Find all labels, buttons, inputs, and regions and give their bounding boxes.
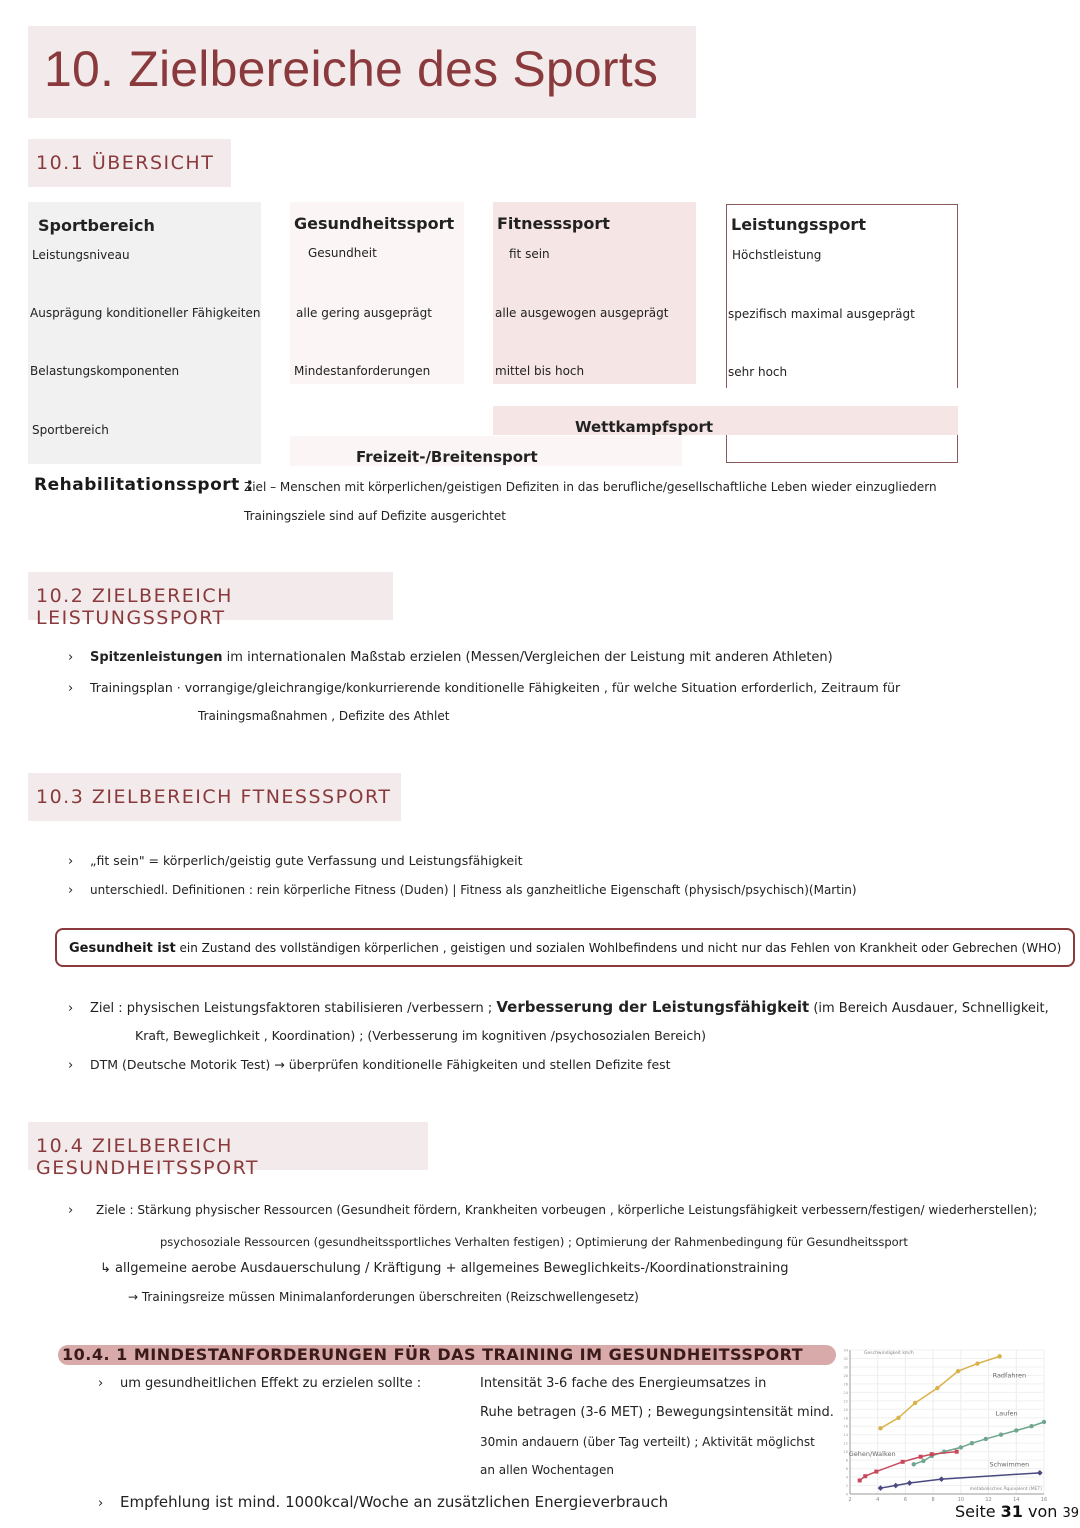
definition-text: ein Zustand des vollständigen körperlich… [176,941,1062,955]
list-item: ›DTM (Deutsche Motorik Test) → überprüfe… [68,1057,671,1073]
met-speed-chart: 2468101214160246810121416182022242628303… [838,1342,1050,1502]
list-item-continuation: Kraft, Beweglichkeit , Koordination) ; (… [135,1028,706,1043]
reha-text-line1: Ziel – Menschen mit körperlichen/geistig… [244,480,937,494]
cell: Gesundheit [308,246,377,260]
column-head: Sportbereich [38,216,155,235]
list-item: ›Ziel : physischen Leistungsfaktoren sta… [68,998,1049,1016]
svg-text:24: 24 [844,1391,849,1395]
chevron-right-icon: › [68,1203,96,1218]
row-label: Ausprägung konditioneller Fähigkeiten [30,306,260,320]
section-heading-text: 10.4 ZIELBEREICH GESUNDHEITSSPORT [36,1135,428,1179]
svg-text:2: 2 [846,1484,848,1488]
svg-text:8: 8 [932,1497,935,1502]
cell: sehr hoch [728,365,787,379]
chevron-right-icon: › [68,1058,90,1073]
svg-text:28: 28 [844,1374,848,1378]
list-item: ›unterschiedl. Definitionen : rein körpe… [68,883,857,898]
item-text: DTM (Deutsche Motorik Test) → überprüfen… [90,1057,671,1072]
svg-text:Geschwindigkeit km/h: Geschwindigkeit km/h [864,1350,914,1356]
item-text: (im Bereich Ausdauer, Schnelligkeit, [809,1001,1049,1016]
column-head: Gesundheitssport [294,214,454,233]
bold-term: Verbesserung der Leistungsfähigkeit [496,998,809,1016]
reha-label: Rehabilitationssport : [34,475,254,495]
list-item: ›Trainingsplan · vorrangige/gleichrangig… [68,680,900,696]
svg-text:26: 26 [844,1382,848,1386]
section-heading-text: 10.2 ZIELBEREICH LEISTUNGSSPORT [36,585,393,629]
chevron-right-icon: › [98,1376,120,1391]
chevron-right-icon: › [68,681,90,696]
svg-text:6: 6 [846,1467,848,1471]
item-text: im internationalen Maßstab erzielen (Mes… [223,650,833,665]
reha-text-line2: Trainingsziele sind auf Defizite ausgeri… [244,509,506,523]
section-heading-overview: 10.1 ÜBERSICHT [28,139,231,187]
item-text: unterschiedl. Definitionen : rein körper… [90,883,857,897]
sub-item: ↳ allgemeine aerobe Ausdauerschulung / K… [100,1261,788,1276]
cell: fit sein [509,247,550,261]
band-wettkampfsport: Wettkampfsport [493,406,958,435]
svg-text:22: 22 [844,1399,848,1403]
list-item: ›um gesundheitlichen Effekt zu erzielen … [98,1376,421,1391]
svg-text:8: 8 [846,1459,848,1463]
cell: mittel bis hoch [495,364,584,378]
page-title: 10. Zielbereiche des Sports [44,40,658,98]
chart-canvas: 2468101214160246810121416182022242628303… [838,1342,1050,1502]
svg-text:metabolisches Äquivalent (MET): metabolisches Äquivalent (MET) [970,1485,1043,1492]
who-definition-box: Gesundheit ist ein Zustand des vollständ… [55,928,1075,967]
section-heading-text: 10.1 ÜBERSICHT [36,152,214,174]
item-text: Empfehlung ist mind. 1000kcal/Woche an z… [120,1493,668,1511]
chevron-right-icon: › [68,650,90,665]
list-item-continuation: Trainingsmaßnahmen , Defizite des Athlet [198,709,449,723]
svg-text:18: 18 [844,1416,848,1420]
svg-text:4: 4 [876,1497,879,1502]
svg-text:Gehen/Walken: Gehen/Walken [849,1450,896,1458]
section-heading-fitnesssport: 10.3 ZIELBEREICH FTNESSSPORT [28,773,401,821]
list-item: ›Spitzenleistungen im internationalen Ma… [68,650,833,665]
page-total: 39 [1063,1506,1080,1521]
subsection-heading-text: 10.4. 1 MINDESTANFORDERUNGEN FÜR DAS TRA… [62,1345,803,1364]
chevron-right-icon: › [68,854,90,869]
requirement-line: Ruhe betragen (3-6 MET) ; Bewegungsinten… [480,1405,834,1420]
row-label: Leistungsniveau [32,248,130,262]
cell: Höchstleistung [732,248,821,262]
svg-text:10: 10 [844,1450,848,1454]
section-heading-leistungssport: 10.2 ZIELBEREICH LEISTUNGSSPORT [28,572,393,620]
svg-text:0: 0 [846,1493,848,1497]
item-text: Ziel : physischen Leistungsfaktoren stab… [90,1001,496,1016]
band-label: Freizeit-/Breitensport [356,448,538,466]
item-text: Ziele : Stärkung physischer Ressourcen (… [96,1203,1037,1217]
svg-text:30: 30 [844,1365,848,1369]
bold-term: Gesundheit ist [69,941,176,956]
bold-term: Spitzenleistungen [90,650,223,665]
cell: alle gering ausgeprägt [296,306,432,320]
svg-text:Laufen: Laufen [996,1410,1018,1418]
band-label: Wettkampfsport [575,418,713,436]
sub-item: → Trainingsreize müssen Minimalanforderu… [128,1290,639,1304]
row-label: Sportbereich [32,423,109,437]
page-current: 31 [1001,1502,1023,1521]
chevron-right-icon: › [68,883,90,898]
cell: spezifisch maximal ausgeprägt [728,307,915,321]
item-text: um gesundheitlichen Effekt zu erzielen s… [120,1376,421,1391]
section-heading-gesundheitssport: 10.4 ZIELBEREICH GESUNDHEITSSPORT [28,1122,428,1170]
svg-text:Radfahren: Radfahren [993,1372,1027,1380]
row-label: Belastungskomponenten [30,364,179,378]
overview-column-leistungssport: Leistungssport Höchstleistung spezifisch… [726,204,958,388]
svg-text:12: 12 [844,1442,848,1446]
list-item-continuation: psychosoziale Ressourcen (gesundheitsspo… [160,1235,908,1249]
svg-text:32: 32 [844,1357,848,1361]
svg-text:6: 6 [904,1497,907,1502]
page-label: Seite [955,1502,996,1521]
column-head: Fitnesssport [497,214,610,233]
chevron-right-icon: › [68,1001,90,1016]
requirement-line: 30min andauern (über Tag verteilt) ; Akt… [480,1435,815,1449]
item-text: „fit sein" = körperlich/geistig gute Ver… [90,853,522,868]
requirement-line: Intensität 3-6 fache des Energieumsatzes… [480,1376,766,1391]
page-title-banner: 10. Zielbereiche des Sports [28,26,696,118]
who-definition: Gesundheit ist ein Zustand des vollständ… [69,941,1061,956]
page-number: Seite 31 von 39 [955,1502,1079,1521]
svg-text:2: 2 [848,1497,851,1502]
svg-text:Schwimmen: Schwimmen [989,1460,1029,1468]
requirement-line: an allen Wochentagen [480,1463,614,1477]
subsection-heading-mindestanforderungen: 10.4. 1 MINDESTANFORDERUNGEN FÜR DAS TRA… [58,1345,836,1365]
svg-text:14: 14 [844,1433,849,1437]
svg-text:16: 16 [844,1425,848,1429]
cell: alle ausgewogen ausgeprägt [495,306,668,320]
svg-text:34: 34 [844,1349,849,1353]
overview-column-sportbereich: Sportbereich Leistungsniveau Ausprägung … [28,202,261,464]
column-head: Leistungssport [731,215,866,234]
overview-column-fitnesssport: Fitnesssport fit sein alle ausgewogen au… [493,202,696,384]
svg-text:20: 20 [844,1408,848,1412]
list-item: ›„fit sein" = körperlich/geistig gute Ve… [68,853,522,869]
overview-column-gesundheitssport: Gesundheitssport Gesundheit alle gering … [290,202,464,384]
page-sep: von [1028,1502,1057,1521]
band-freizeitsport: Freizeit-/Breitensport [290,436,682,466]
chevron-right-icon: › [98,1496,120,1511]
svg-text:4: 4 [846,1476,849,1480]
cell: Mindestanforderungen [294,364,430,378]
list-item: ›Ziele : Stärkung physischer Ressourcen … [68,1203,1037,1218]
list-item: ›Empfehlung ist mind. 1000kcal/Woche an … [98,1493,668,1511]
section-heading-text: 10.3 ZIELBEREICH FTNESSSPORT [36,786,391,808]
item-text: Trainingsplan · vorrangige/gleichrangige… [90,680,900,695]
